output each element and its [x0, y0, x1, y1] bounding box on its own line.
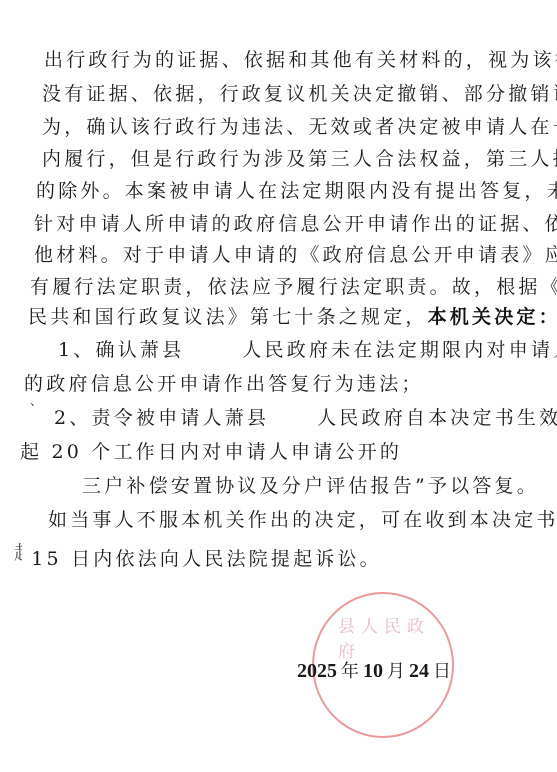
document-date: 2025年10月24日 [297, 657, 455, 683]
decision-item-1-line-2: 的政府信息公开申请作出答复行为违法； [24, 372, 424, 396]
seal-text: 县人民政府 [338, 612, 452, 662]
item-1-part-1: 1、确认萧县 [58, 339, 184, 361]
decision-heading: 本机关决定： [428, 306, 557, 328]
body-line-2: 没有证据、依据，行政复议机关决定撤销、部分撤销该行政行 [42, 82, 557, 106]
date-day-label: 日 [433, 661, 451, 682]
decision-item-2: 2、责令被申请人萧县人民政府自本决定书生效之日 [54, 406, 557, 430]
appeal-notice-line-1: 如当事人不服本机关作出的决定，可在收到本决定书之日 [48, 508, 557, 532]
body-line-7: 他材料。对于申请人申请的《政府信息公开申请表》应视为没 [34, 243, 557, 267]
body-line-1: 出行政行为的证据、依据和其他有关材料的，视为该行政行为 [44, 48, 557, 72]
date-year-label: 年 [341, 661, 359, 682]
body-line-9: 民共和国行政复议法》第七十条之规定，本机关决定： [28, 305, 557, 329]
legal-basis-text: 民共和国行政复议法》第七十条之规定， [28, 306, 428, 328]
item-2-part-2: 人民政府自本决定书生效之日 [317, 407, 557, 429]
body-line-4: 内履行，但是行政行为涉及第三人合法权益，第三人提供证据 [42, 147, 557, 171]
appeal-notice-text: 15 日内依法向人民法院提起诉讼。 [31, 548, 382, 570]
appeal-notice-line-2: 起 15 日内依法向人民法院提起诉讼。 [14, 541, 382, 571]
decision-item-1: 1、确认萧县人民政府未在法定期限内对申请人提出 [58, 338, 557, 362]
date-year: 2025 [297, 660, 337, 682]
item-1-part-2: 人民政府未在法定期限内对申请人提出 [242, 339, 557, 361]
date-day: 24 [409, 660, 429, 682]
decision-item-2-line-3: 三户补偿安置协议及分户评估报告”予以答复。 [82, 474, 539, 498]
date-month: 10 [363, 660, 383, 682]
decision-item-2-line-2: 起 20 个工作日内对申请人申请公开的 [20, 440, 402, 464]
date-month-label: 月 [387, 661, 405, 682]
body-line-3: 为，确认该行政行为违法、无效或者决定被申请人在一定期限 [42, 115, 557, 139]
cropped-char: 起 [14, 541, 22, 565]
document-page: 出行政行为的证据、依据和其他有关材料的，视为该行政行为 没有证据、依据，行政复议… [0, 0, 557, 772]
stray-mark: 、 [30, 392, 42, 409]
body-line-5: 的除外。本案被申请人在法定期限内没有提出答复，未提交其 [36, 179, 557, 203]
item-2-part-1: 2、责令被申请人萧县 [54, 407, 269, 429]
body-line-8: 有履行法定职责，依法应予履行法定职责。故，根据《中华人 [30, 275, 557, 299]
body-line-6: 针对申请人所申请的政府信息公开申请作出的证据、依据和其 [34, 212, 557, 236]
